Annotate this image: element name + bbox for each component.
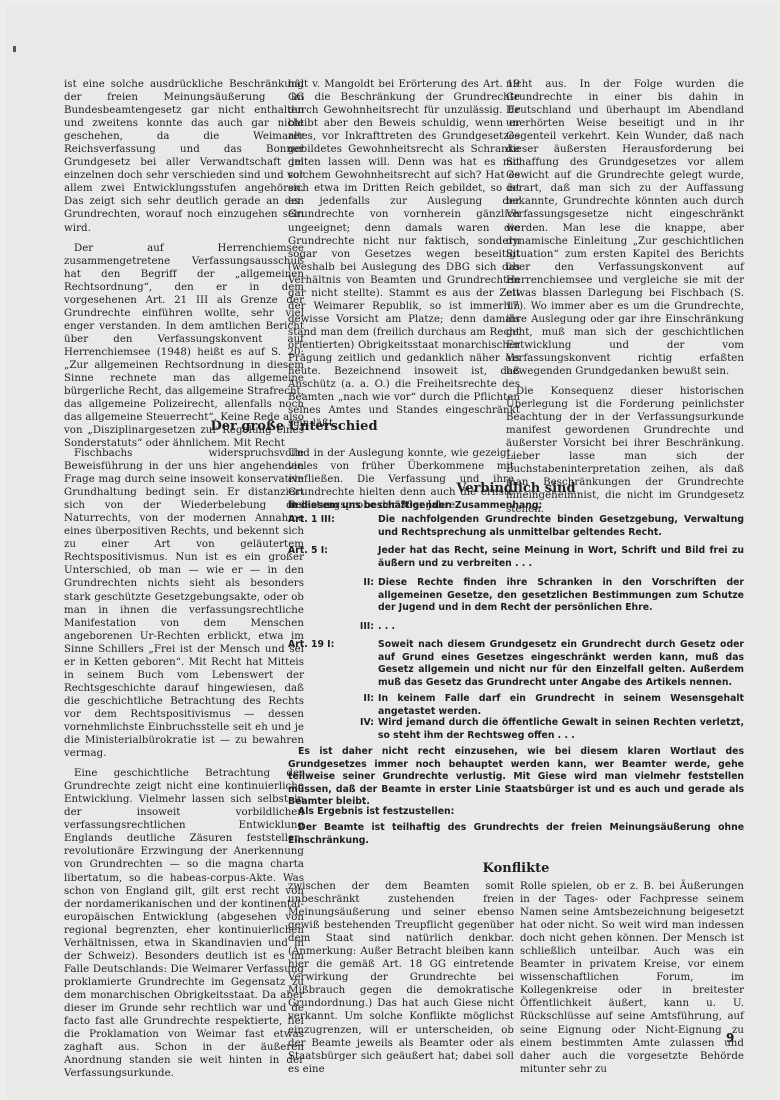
article-label: II: [288, 577, 374, 590]
column-2-top: hält v. Mangoldt bei Erörterung des Art.… [288, 78, 520, 437]
column-3-top: nicht aus. In der Folge wurden die Grund… [506, 78, 744, 523]
article-text: Diese Rechte finden ihre Schranken in de… [378, 577, 744, 615]
column-1-top: ist eine solche ausdrückliche Beschränku… [64, 78, 304, 457]
heading-verbindlich: Verbindlich sind [288, 481, 744, 496]
scan-mark [13, 46, 16, 52]
conclusion-paragraph: Es ist daher nicht recht einzusehen, wie… [288, 746, 744, 809]
verbindlich-section: in diesem uns beschäftigenden Zusammenha… [288, 500, 744, 513]
article-text: . . . [378, 621, 744, 634]
article-label: IV: [288, 717, 374, 730]
paragraph: hält v. Mangoldt bei Erörterung des Art.… [288, 78, 520, 430]
article-label: Art. 19 I: [288, 639, 368, 652]
article-label: II: [288, 693, 374, 706]
konflikte-column-2: Rolle spielen, ob er z. B. bei Äußerunge… [520, 880, 744, 1083]
article-label: Art. 1 III: [288, 514, 368, 527]
paragraph: nicht aus. In der Folge wurden die Grund… [506, 78, 744, 378]
page-number: 9 [726, 1031, 734, 1045]
article-text: In keinem Falle darf ein Grundrecht in s… [378, 693, 744, 718]
konflikte-column-1: zwischen der dem Beamten somit unbeschrä… [288, 880, 514, 1083]
article-text: Soweit nach diesem Grundgesetz ein Grund… [378, 639, 744, 689]
article-text: Die nachfolgenden Grundrechte binden Ges… [378, 514, 744, 539]
paragraph: zwischen der dem Beamten somit unbeschrä… [288, 880, 514, 1076]
document-page: ist eine solche ausdrückliche Beschränku… [6, 6, 776, 1098]
article-label: Art. 5 I: [288, 545, 368, 558]
article-text: Jeder hat das Recht, seine Meinung in Wo… [378, 545, 744, 570]
article-text: Wird jemand durch die öffentliche Gewalt… [378, 717, 744, 742]
article-label: III: [288, 621, 374, 634]
paragraph: Fischbachs widerspruchsvolle Beweisführu… [64, 447, 304, 760]
paragraph: ist eine solche ausdrückliche Beschränku… [64, 78, 304, 235]
heading-konflikte: Konflikte [288, 861, 744, 876]
column-1-lower: Fischbachs widerspruchsvolle Beweisführu… [64, 447, 304, 1087]
heading-unterschied: Der große Unterschied [64, 419, 524, 434]
ergebnis-label: Als Ergebnis ist festzustellen: [288, 806, 754, 819]
paragraph: Eine geschichtliche Betrachtung der Grun… [64, 767, 304, 1080]
ergebnis-statement: Der Beamte ist teilhaftig des Grundrecht… [288, 822, 744, 847]
verbindlich-intro: in diesem uns beschäftigenden Zusammenha… [288, 500, 744, 513]
paragraph: Rolle spielen, ob er z. B. bei Äußerunge… [520, 880, 744, 1076]
